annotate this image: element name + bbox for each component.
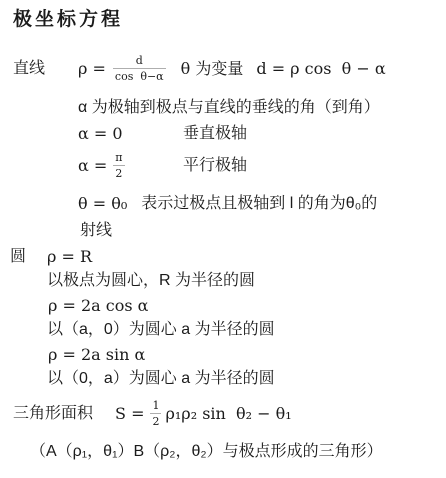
line-alpha-pi-row: α = π 2 (78, 148, 125, 184)
line-alpha-zero-desc: 垂直极轴 (183, 124, 247, 144)
circle-eq-r: ρ = R (47, 247, 92, 267)
line-theta0-eq: θ = θ₀ (78, 194, 127, 214)
fraction-numerator: π (113, 152, 124, 164)
fraction-numerator: 1 (150, 400, 161, 412)
fraction-bar (150, 413, 161, 414)
circle-desc-sin: 以（0，a）为圆心 a 为半径的圆 (47, 369, 275, 389)
line-eq-rho-lhs: ρ = (78, 59, 106, 79)
line-pi-fraction: π 2 (113, 152, 124, 180)
line-alpha-pi-lhs: α = (78, 156, 107, 176)
page-title: 极坐标方程 (13, 7, 123, 33)
circle-eq-sin: ρ = 2a sin α (48, 345, 145, 365)
fraction-numerator: d (134, 55, 145, 67)
circle-section-label: 圆 (10, 247, 26, 267)
triangle-s-lhs: S = (115, 404, 144, 424)
fraction-bar (113, 165, 124, 166)
line-alpha-note: α 为极轴到极点与直线的垂线的角（到角） (78, 98, 380, 118)
line-d-equation: d = ρ cos θ − α (256, 59, 385, 79)
line-section-row: 直线 ρ = d cos θ−α θ 为变量 d = ρ cos θ − α (13, 50, 386, 88)
line-eq-fraction: d cos θ−α (113, 55, 166, 83)
fraction-denominator: cos θ−α (113, 70, 166, 83)
circle-desc-r: 以极点为圆心，R 为半径的圆 (47, 271, 255, 291)
circle-eq-cos: ρ = 2a cos α (48, 296, 148, 316)
line-alpha-pi-desc: 平行极轴 (183, 156, 247, 176)
line-alpha-zero-eq: α = 0 (78, 124, 123, 144)
circle-desc-cos: 以（a，0）为圆心 a 为半径的圆 (47, 320, 275, 340)
triangle-section-label: 三角形面积 (13, 404, 93, 424)
line-theta0-desc-wrap: 射线 (80, 221, 112, 241)
fraction-denominator: 2 (150, 415, 161, 428)
triangle-area-row: 三角形面积 S = 1 2 ρ₁ρ₂ sin θ₂ − θ₁ (13, 396, 292, 432)
triangle-note: （A（ρ₁，θ₁）B（ρ₂，θ₂）与极点形成的三角形） (30, 442, 383, 462)
fraction-denominator: 2 (113, 167, 124, 180)
line-theta-variable-note: θ 为变量 (181, 59, 244, 79)
line-theta0-desc: 表示过极点且极轴到 l 的角为θ₀的 (141, 194, 377, 214)
triangle-half-fraction: 1 2 (150, 400, 161, 428)
triangle-s-rhs: ρ₁ρ₂ sin θ₂ − θ₁ (165, 404, 291, 424)
line-section-label: 直线 (13, 59, 45, 79)
line-theta0-row: θ = θ₀ 表示过极点且极轴到 l 的角为θ₀的 (78, 194, 377, 214)
fraction-bar (113, 68, 166, 69)
